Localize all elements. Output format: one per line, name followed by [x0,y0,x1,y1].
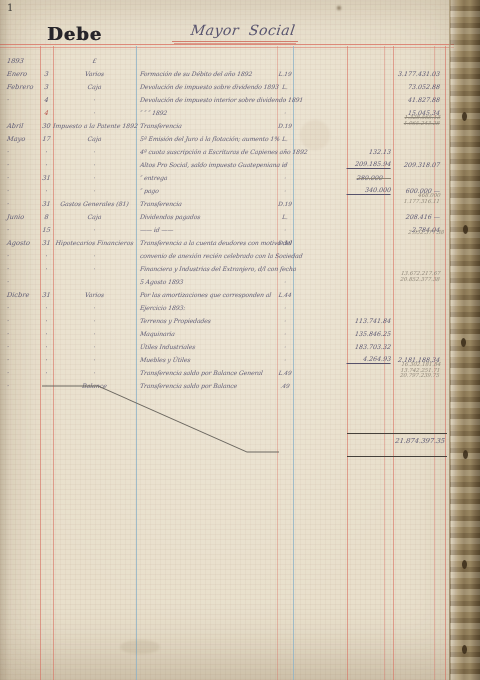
ledger-cell-a1: 113.741.84 [347,318,392,325]
ledger-cell-a2: 209.318.07 [391,162,444,169]
ledger-row: ···Maquinaria·135.846.25 [2,325,447,338]
ledger-row: 4·″ ″ ″ 1892·15.045.34 [2,104,447,117]
ledger-row: ·15·—— id ——·2.784.042.052.377.38 [2,221,447,234]
ledger-cell-acct: · [53,357,137,364]
ledger-page: 1 Debe Mayor Social 1893£Enero3VariosFor… [0,0,480,680]
ledger-cell-desc: 5ª Emisión del Juro á la flotación; aume… [136,136,278,143]
ledger-row: Enero3VariosFormación de su Débito del a… [2,65,447,78]
ledger-row: ···Transferencia saldo por Balance Gener… [2,364,447,377]
ledger-cell-a1: 135.846.25 [347,331,392,338]
ledger-cell-desc: Transferencia saldo por Balance General [136,370,278,377]
ledger-cell-m: Agosto [2,239,41,247]
ledger-cell-acct: · [53,266,137,273]
ledger-cell-a1: 209.185.94 [347,161,392,169]
ledger-cell-desc: Devolución de impuesto interior sobre di… [136,97,278,104]
ledger-row: Mayo17Caja5ª Emisión del Juro á la flota… [2,130,447,143]
ledger-cell-acct: Caja [53,136,137,143]
ledger-cell-desc: Transferencia [136,123,278,130]
ledger-cell-d: · [40,317,54,325]
ledger-cell-acct: Varios [53,292,137,299]
binding-edge [450,0,480,680]
top-rule [0,47,454,48]
ledger-cell-a1: 132.13 [347,149,392,156]
ledger-cell-desc: Útiles Industriales [136,344,278,351]
ledger-cell-desc: Transferencia a la cuenta deudores con m… [136,240,278,247]
ledger-row: ···Ejercicio 1893:· [2,299,447,312]
ledger-cell-d: · [40,382,54,390]
ledger-cell-acct: · [53,305,137,312]
ledger-cell-m: Mayo [2,135,41,143]
ledger-cell-acct: £ [53,58,137,65]
ledger-cell-d: · [40,148,54,156]
ledger-row: ···Útiles Industriales·183.703.32 [2,338,447,351]
ledger-cell-desc: Maquinaria [136,331,278,338]
ledger-cell-m: · [2,200,41,208]
ledger-cell-acct: · [53,162,137,169]
ledger-cell-m: Junio [2,213,41,221]
ledger-cell-d: · [40,252,54,260]
page-number: 1 [7,3,13,14]
ledger-cell-acct: · [53,344,137,351]
ledger-cell-d: 8 [40,213,54,221]
ledger-row: 1893£ [2,52,447,65]
stitch-mark [462,645,467,654]
ledger-row: ···Altos Pro Social, saldo impuesto Guat… [2,156,447,169]
ledger-cell-m: · [2,343,41,351]
paper-stain [300,120,330,150]
ledger-cell-acct: Caja [53,214,137,221]
ledger-cell-d: · [40,330,54,338]
ledger-cell-d: 3 [40,83,54,91]
ledger-cell-m: Abril [2,122,41,130]
ledger-cell-m: · [2,187,41,195]
ledger-cell-d: 4 [40,109,54,117]
ledger-row: ···Financiera y Industrias del Extranjer… [2,260,447,273]
ledger-cell-m: · [2,148,41,156]
ledger-cell-desc: 4ª cuota suscripción a Escrituras de Cap… [136,149,278,156]
ledger-cell-m: Febrero [2,83,41,91]
ledger-cell-acct: · [53,110,137,117]
paper-stain [337,6,341,10]
ledger-cell-a2: 41.827.88 [391,97,444,104]
ledger-cell-desc: Ejercicio 1893: [136,305,278,312]
ledger-row: ··BalanceTransferencia saldo por Balance… [2,377,447,390]
ledger-cell-m: · [2,317,41,325]
ledger-cell-m: · [2,161,41,169]
ledger-row: Febrero3CajaDevolución de impuesto sobre… [2,78,447,91]
ledger-cell-m: · [2,382,41,390]
ledger-cell-acct: · [53,253,137,260]
ledger-cell-m: · [2,278,41,286]
ledger-cell-acct: Hipotecarios Financieros [53,240,137,247]
ledger-cell-m: · [2,174,41,182]
ledger-cell-acct: · [53,318,137,325]
ledger-cell-desc: ″ entrega [136,175,278,182]
ledger-cell-m: · [2,356,41,364]
ledger-cell-m: · [2,252,41,260]
ledger-cell-desc: Financiera y Industrias del Extranjero, … [136,266,278,273]
ledger-cell-m: · [2,226,41,234]
ledger-row: Dicbre31VariosPor las amortizaciones que… [2,286,447,299]
ledger-cell-acct: · [53,227,137,234]
ledger-cell-acct: · [53,331,137,338]
stitch-mark [463,225,468,234]
ledger-cell-a2: 1.328.565.13 1.065.243.28 [390,116,443,127]
ledger-cell-desc: Muebles y Útiles [136,357,278,364]
ledger-cell-a1: 340.000 [347,187,392,195]
ledger-row: Junio8CajaDividendos pagadosL.208.416 — [2,208,447,221]
ledger-cell-d: · [40,369,54,377]
ledger-cell-desc: ″ ″ ″ 1892 [136,110,278,117]
ledger-cell-f: .49 [277,384,294,390]
ledger-row: ···″ pago·340.000600.000 — [2,182,447,195]
ledger-cell-desc: Transferencia [136,201,278,208]
ledger-cell-d: 4 [40,96,54,104]
ledger-cell-a1: 183.703.32 [347,344,392,351]
top-rule [0,44,454,45]
ledger-cell-m: Dicbre [2,291,41,299]
ledger-cell-d: 31 [40,174,54,182]
ledger-cell-acct: Gastos Generales (81) [53,201,137,208]
ledger-row: ···4ª cuota suscripción a Escrituras de … [2,143,447,156]
ledger-cell-d: 31 [40,291,54,299]
ledger-cell-acct: Impuesto a la Patente 1892 [53,123,137,130]
paper-stain [120,640,160,654]
ledger-cell-d: 17 [40,135,54,143]
ledger-row: ·31Gastos Generales (81)TransferenciaD.1… [2,195,447,208]
ledger-cell-d: 31 [40,239,54,247]
stitch-mark [462,560,467,569]
ledger-cell-a2: 468.000 1.177.316.11 [390,194,443,205]
account-title: Mayor Social [177,23,309,39]
ledger-row: ···Muebles y Útiles·4.264.932.181.188.34 [2,351,447,364]
ledger-cell-a2: 13.672.217.67 20.852.377.38 [390,272,443,283]
ledger-cell-a1: 4.264.93 [347,356,392,364]
ledger-cell-m: Enero [2,70,41,78]
ledger-cell-desc: Por las amortizaciones que corresponden … [136,292,278,299]
ledger-cell-d: · [40,187,54,195]
ledger-cell-acct: · [53,370,137,377]
ledger-cell-desc: Transferencia saldo por Balance [136,383,278,390]
grand-total: 21.874.397.35 [385,437,446,445]
ledger-cell-acct: · [53,97,137,104]
ledger-cell-d: · [40,343,54,351]
ledger-cell-acct: · [53,188,137,195]
total-rule-top [347,433,447,434]
ledger-cell-desc: —— id —— [136,227,278,234]
ledger-cell-d: 30 [40,122,54,130]
ledger-cell-acct: Caja [53,84,137,91]
ledger-cell-m: · [2,330,41,338]
ledger-row: ···Terrenos y Propiedades·113.741.84 [2,312,447,325]
ledger-cell-m: · [2,304,41,312]
ledger-cell-d: 31 [40,200,54,208]
ledger-cell-a1: 280.000 — [347,175,392,182]
ledger-cell-desc: ″ pago [136,188,278,195]
ledger-cell-m: · [2,96,41,104]
ledger-cell-a2: 3.177.431.03 [391,71,444,78]
ledger-cell-acct: · [53,175,137,182]
ledger-row: Agosto31Hipotecarios FinancierosTransfer… [2,234,447,247]
stitch-mark [461,338,466,347]
ledger-cell-desc: Devolución de impuesto sobre dividendo 1… [136,84,278,91]
ledger-cell-m: · [2,369,41,377]
ledger-row: ···convenio de anexión recién celebrado … [2,247,447,260]
ledger-cell-a2: 73.052.88 [391,84,444,91]
ledger-cell-desc: Terrenos y Propiedades [136,318,278,325]
ledger-row: Abril30Impuesto a la Patente 1892Transfe… [2,117,447,130]
ledger-cell-d: · [40,304,54,312]
ledger-cell-d: · [40,265,54,273]
ledger-cell-d: · [40,161,54,169]
ledger-cell-m: 1893 [2,57,41,65]
ledger-cell-desc: Formación de su Débito del año 1892 [136,71,278,78]
ledger-cell-d: · [40,356,54,364]
ledger-cell-d: 3 [40,70,54,78]
ledger-row: ·5 Agosto 1893·13.672.217.67 20.852.377.… [2,273,447,286]
ledger-cell-a2: 208.416 — [391,214,444,221]
ledger-cell-desc: Dividendos pagados [136,214,278,221]
stitch-mark [463,450,468,459]
ledger-cell-d: 15 [40,226,54,234]
ledger-cell-acct: · [53,149,137,156]
ledger-rows: 1893£Enero3VariosFormación de su Débito … [2,52,447,390]
ledger-cell-desc: 5 Agosto 1893 [136,279,278,286]
debit-header: Debe [47,24,102,45]
ledger-row: ·4·Devolución de impuesto interior sobre… [2,91,447,104]
total-rule-bottom [347,456,447,457]
ledger-cell-acct: Varios [53,71,137,78]
ledger-cell-desc: Altos Pro Social, saldo impuesto Guatepe… [136,162,278,169]
ledger-row: ·31·″ entrega·280.000 — [2,169,447,182]
stitch-mark [462,112,467,121]
ledger-cell-acct: Balance [53,383,137,390]
ledger-cell-m: · [2,265,41,273]
title-underline [172,41,298,42]
ledger-cell-desc: convenio de anexión recién celebrado con… [136,253,278,260]
